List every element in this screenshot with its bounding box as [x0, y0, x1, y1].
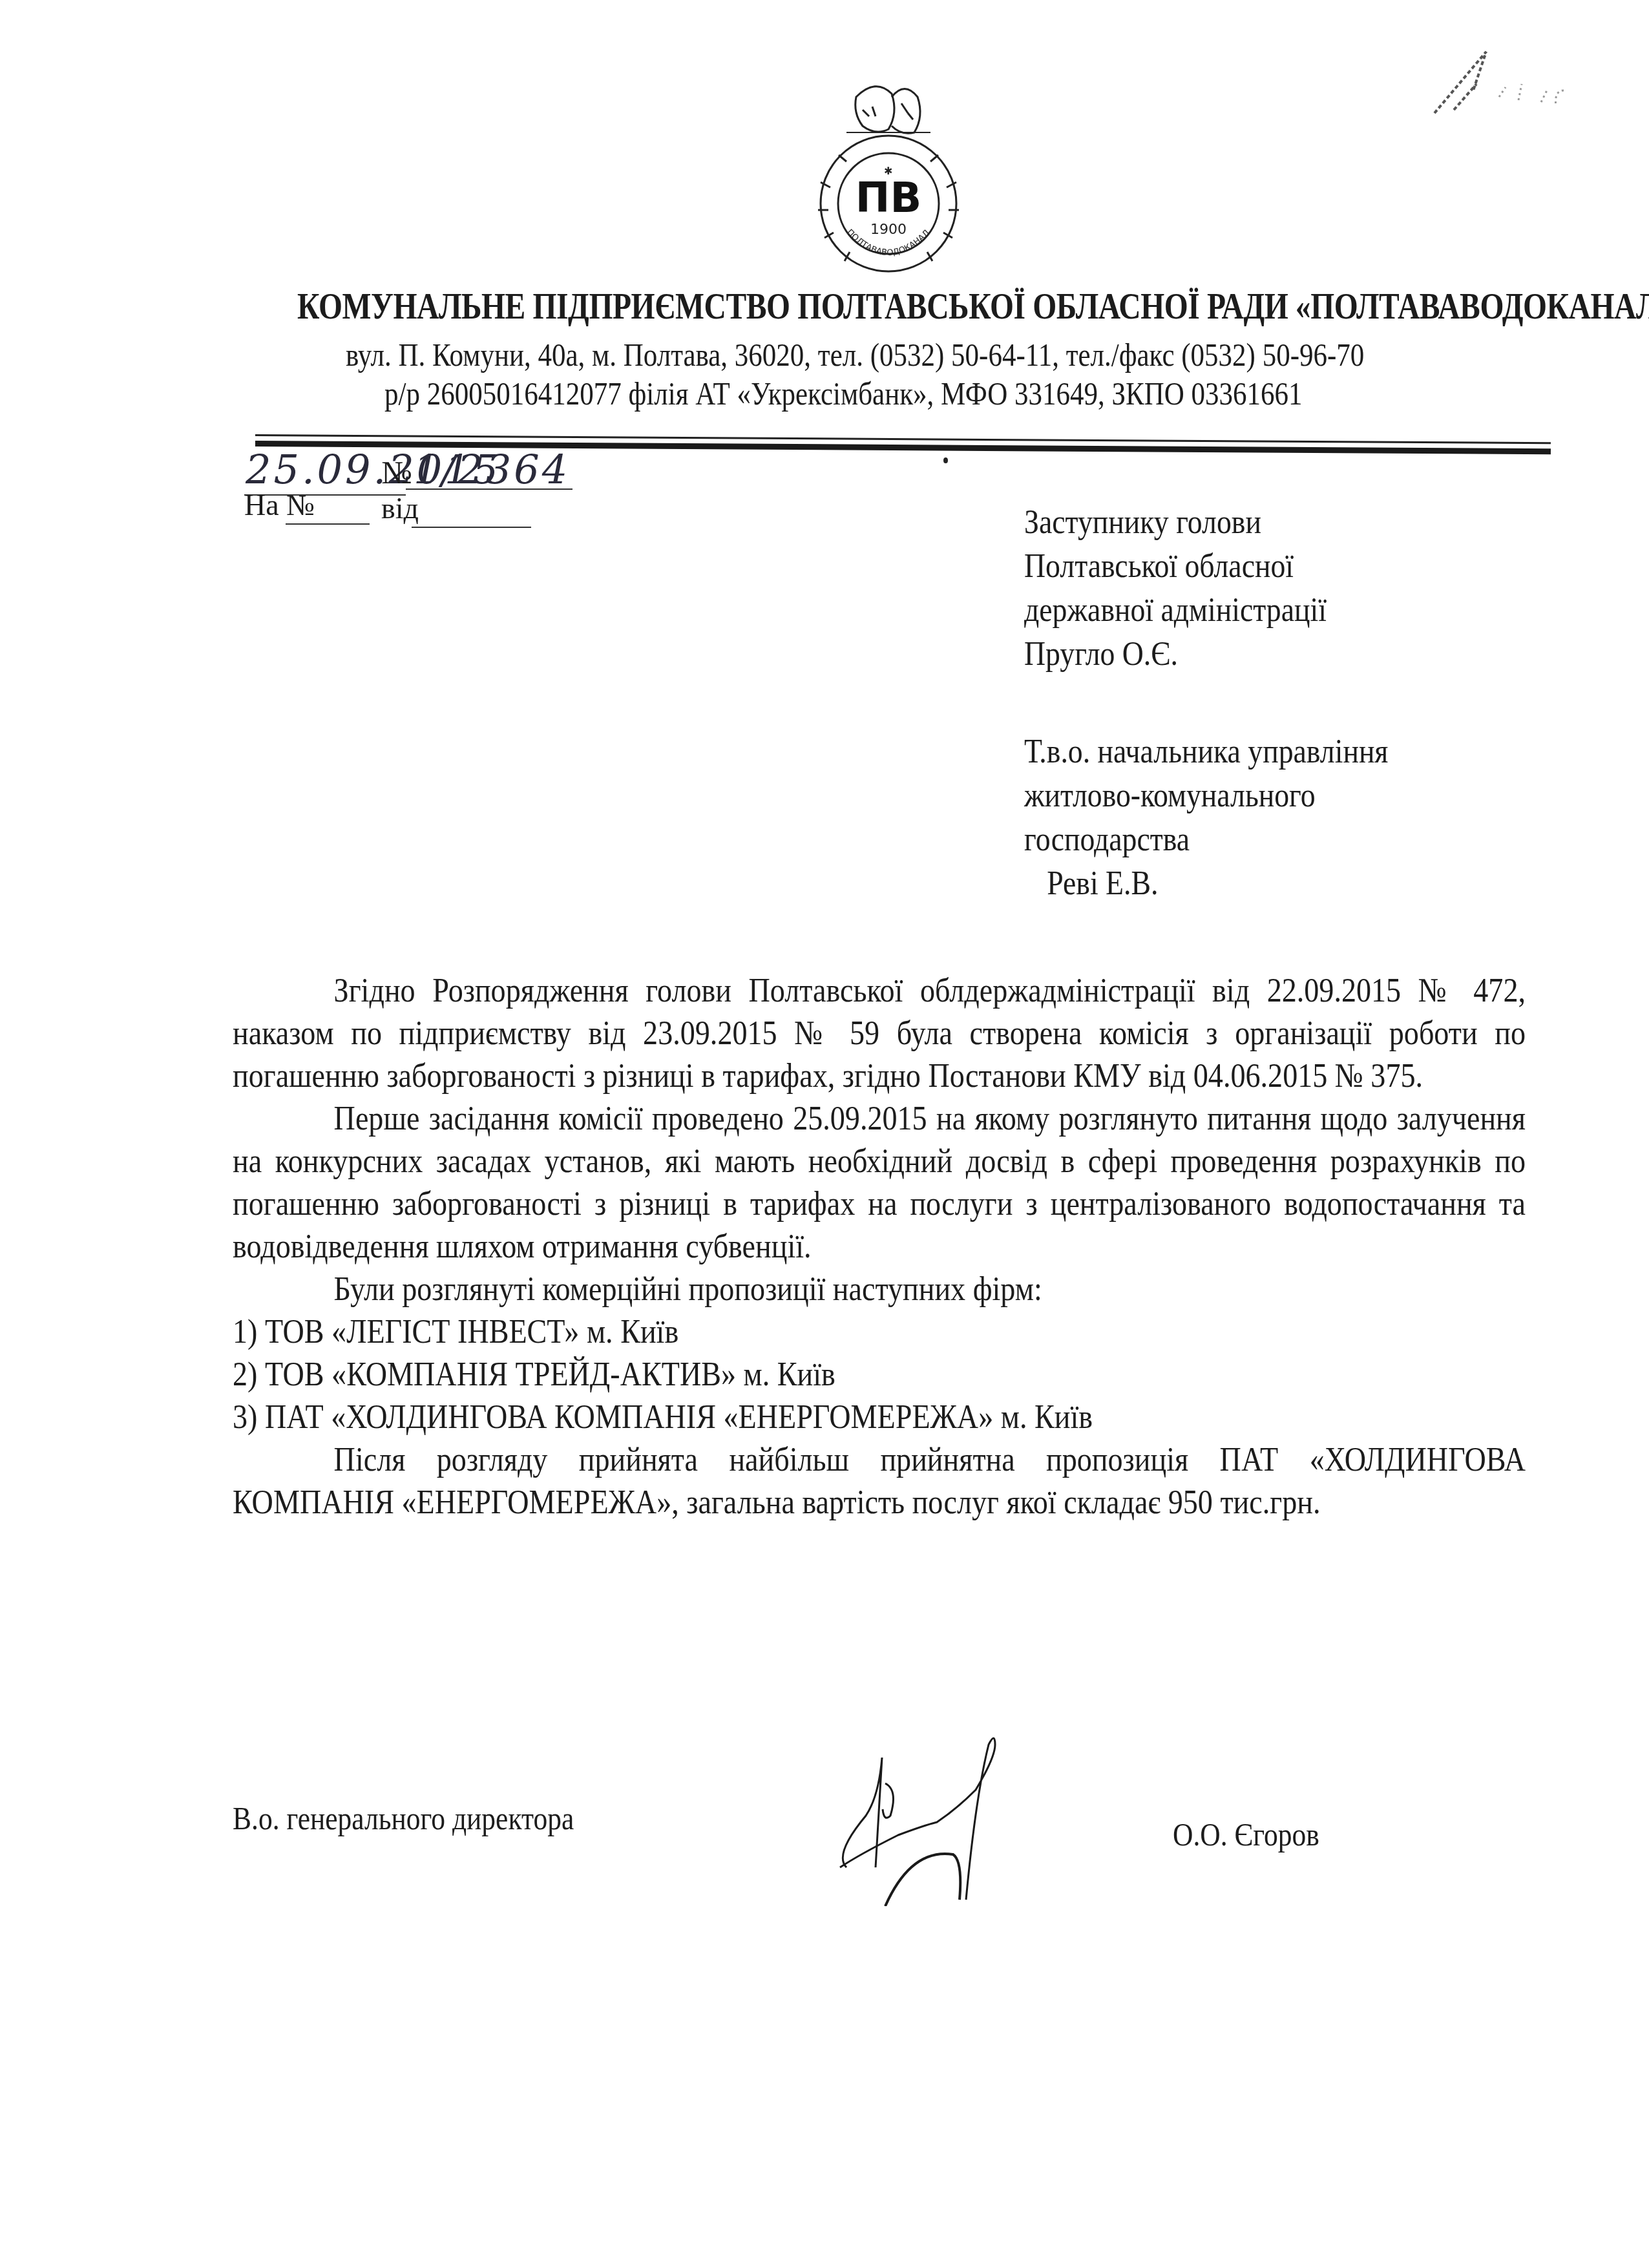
- signatory-name: О.О. Єгоров: [1173, 1816, 1319, 1853]
- handwritten-sheet-mark: Арк.3: [1389, 39, 1583, 142]
- organization-title: КОМУНАЛЬНЕ ПІДПРИЄМСТВО ПОЛТАВСЬКОЇ ОБЛА…: [297, 284, 1304, 328]
- outgoing-number-handwritten: 1/2364: [414, 446, 570, 493]
- addressee-block-1: Заступнику голови Полтавської обласної д…: [1024, 501, 1536, 677]
- addressee-block-2: Т.в.о. начальника управління житлово-ком…: [1024, 730, 1536, 906]
- company-logo: ✱ ПВ 1900 ПОЛТАВАВОДОКАНАЛ: [801, 71, 976, 278]
- addressee-line: житлово-комунального: [1024, 774, 1536, 818]
- firm-list-item: 3) ПАТ «ХОЛДИНГОВА КОМПАНІЯ «ЕНЕРГОМЕРЕЖ…: [233, 1396, 1526, 1438]
- logo-monogram: ПВ: [856, 174, 921, 222]
- addressee-line: Т.в.о. начальника управління: [1024, 730, 1536, 774]
- firm-list-item: 2) ТОВ «КОМПАНІЯ ТРЕЙД-АКТИВ» м. Київ: [233, 1353, 1526, 1396]
- organization-bank-details: р/р 26005016412077 філія АТ «Укрексімбан…: [384, 375, 1303, 412]
- signatory-title: В.о. генерального директора: [233, 1800, 574, 1837]
- addressee-name: Пругло О.Є.: [1024, 633, 1536, 677]
- handwritten-signature-icon: [808, 1719, 1079, 1906]
- reply-to-date-blank: [412, 527, 531, 528]
- scan-dot: [943, 457, 948, 463]
- body-paragraph-4: Після розгляду прийнята найбільш прийнят…: [233, 1438, 1526, 1524]
- reply-to-number-blank: [286, 523, 370, 525]
- addressee-line: Полтавської обласної: [1024, 545, 1536, 589]
- logo-year: 1900: [870, 222, 907, 238]
- addressee-line: державної адміністрації: [1024, 589, 1536, 633]
- letter-body: Згідно Розпорядження голови Полтавської …: [233, 969, 1526, 1524]
- body-paragraph-2: Перше засідання комісії проведено 25.09.…: [233, 1097, 1526, 1268]
- reply-to-number-label: На №: [244, 488, 315, 522]
- body-paragraph-3: Були розглянуті комерційні пропозиції на…: [233, 1268, 1526, 1310]
- outgoing-number-underline: [406, 488, 572, 490]
- addressee-line: Заступнику голови: [1024, 501, 1536, 545]
- addressee-line: господарства: [1024, 818, 1536, 862]
- firm-list-item: 1) ТОВ «ЛЕГІСТ ІНВЕСТ» м. Київ: [233, 1310, 1526, 1353]
- eagle-emblem-icon: [846, 87, 930, 134]
- body-paragraph-1: Згідно Розпорядження голови Полтавської …: [233, 969, 1526, 1097]
- reply-to-date-label: від: [381, 491, 419, 525]
- addressee-name: Реві Е.В.: [1024, 862, 1536, 906]
- organization-address: вул. П. Комуни, 40а, м. Полтава, 36020, …: [346, 336, 1364, 373]
- outgoing-number-label: №: [381, 454, 412, 491]
